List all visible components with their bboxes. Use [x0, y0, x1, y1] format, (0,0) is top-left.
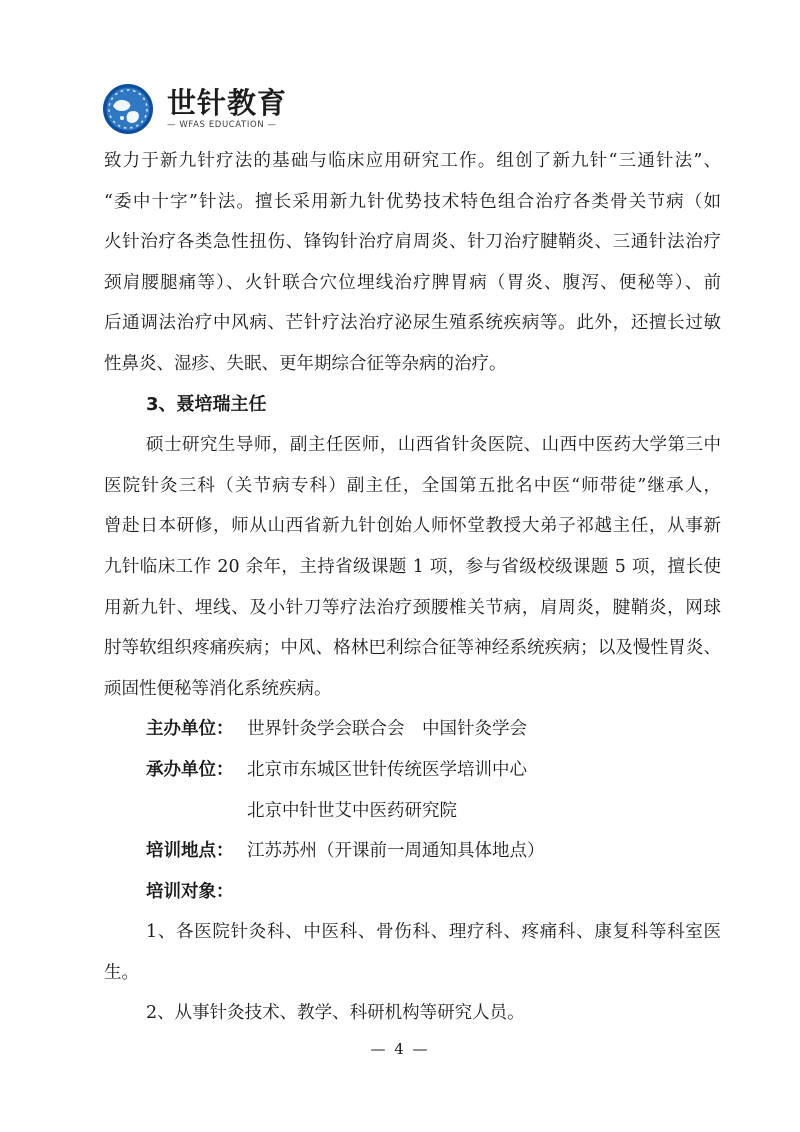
paragraph1-line: 火针治疗各类急性扭伤、锋钩针治疗肩周炎、针刀治疗腱鞘炎、三通针法治疗	[104, 222, 721, 263]
info-label: 培训地点：	[146, 831, 247, 872]
paragraph1-line: 颈肩腰腿痛等）、火针联合穴位埋线治疗脾胃病（胃炎、腹泻、便秘等）、前	[104, 263, 721, 304]
brand-name-en: — WFAS EDUCATION —	[167, 120, 287, 130]
document-body: 致力于新九针疗法的基础与临床应用研究工作。组创了新九针“三通针法”、 “委中十字…	[104, 141, 721, 1034]
paragraph2-line: 用新九针、埋线、及小针刀等疗法治疗颈腰椎关节病，肩周炎，腱鞘炎，网球	[104, 588, 721, 629]
paragraph2-line: 医院针灸三科（关节病专科）副主任，全国第五批名中医“师带徒”继承人，	[104, 466, 721, 507]
section-heading: 3、聂培瑞主任	[104, 385, 721, 426]
info-label: 培训对象：	[146, 872, 247, 913]
paragraph2-line: 硕士研究生导师，副主任医师，山西省针灸医院、山西中医药大学第三中	[104, 425, 721, 466]
list-line: 1、各医院针灸科、中医科、骨伤科、理疗科、疼痛科、康复科等科室医	[104, 912, 721, 953]
globe-logo-icon	[102, 83, 154, 135]
paragraph1-line: 性鼻炎、湿疹、失眠、更年期综合征等杂病的治疗。	[104, 344, 721, 385]
page-number: — 4 —	[370, 1040, 429, 1058]
paragraph2-line: 九针临床工作 20 余年，主持省级课题 1 项，参与省级校级课题 5 项，擅长使	[104, 547, 721, 588]
brand-name-cn: 世针教育	[167, 88, 287, 118]
page-footer: — 4 —	[0, 1040, 800, 1058]
list-line: 生。	[104, 953, 721, 994]
logo: 世针教育 — WFAS EDUCATION —	[102, 83, 287, 135]
info-row-organizer: 主办单位：世界针灸学会联合会 中国针灸学会	[104, 709, 721, 750]
paragraph2-line: 顽固性便秘等消化系统疾病。	[104, 669, 721, 710]
info-value: 北京中针世艾中医药研究院	[247, 801, 457, 821]
info-row-location: 培训地点：江苏苏州（开课前一周通知具体地点）	[104, 831, 721, 872]
brand-block: 世针教育 — WFAS EDUCATION —	[167, 88, 287, 130]
info-row-undertaker: 承办单位：北京市东城区世针传统医学培训中心	[104, 750, 721, 791]
info-row-audience: 培训对象：	[104, 872, 721, 913]
paragraph1-line: 后通调法治疗中风病、芒针疗法治疗泌尿生殖系统疾病等。此外，还擅长过敏	[104, 303, 721, 344]
paragraph2-line: 肘等软组织疼痛疾病；中风、格林巴利综合征等神经系统疾病；以及慢性胃炎、	[104, 628, 721, 669]
list-line: 2、从事针灸技术、教学、科研机构等研究人员。	[104, 993, 721, 1034]
paragraph1-line: 致力于新九针疗法的基础与临床应用研究工作。组创了新九针“三通针法”、	[104, 141, 721, 182]
paragraph2-line: 曾赴日本研修，师从山西省新九针创始人师怀堂教授大弟子祁越主任，从事新	[104, 506, 721, 547]
paragraph1-line: “委中十字”针法。擅长采用新九针优势技术特色组合治疗各类骨关节病（如	[104, 182, 721, 223]
info-row-undertaker-2: 北京中针世艾中医药研究院	[104, 791, 721, 832]
document-page: 世针教育 — WFAS EDUCATION — 致力于新九针疗法的基础与临床应用…	[0, 0, 800, 1132]
info-value: 北京市东城区世针传统医学培训中心	[247, 760, 527, 780]
info-label: 主办单位：	[146, 709, 247, 750]
info-label: 承办单位：	[146, 750, 247, 791]
info-value: 世界针灸学会联合会 中国针灸学会	[247, 719, 527, 739]
info-value: 江苏苏州（开课前一周通知具体地点）	[247, 841, 545, 861]
